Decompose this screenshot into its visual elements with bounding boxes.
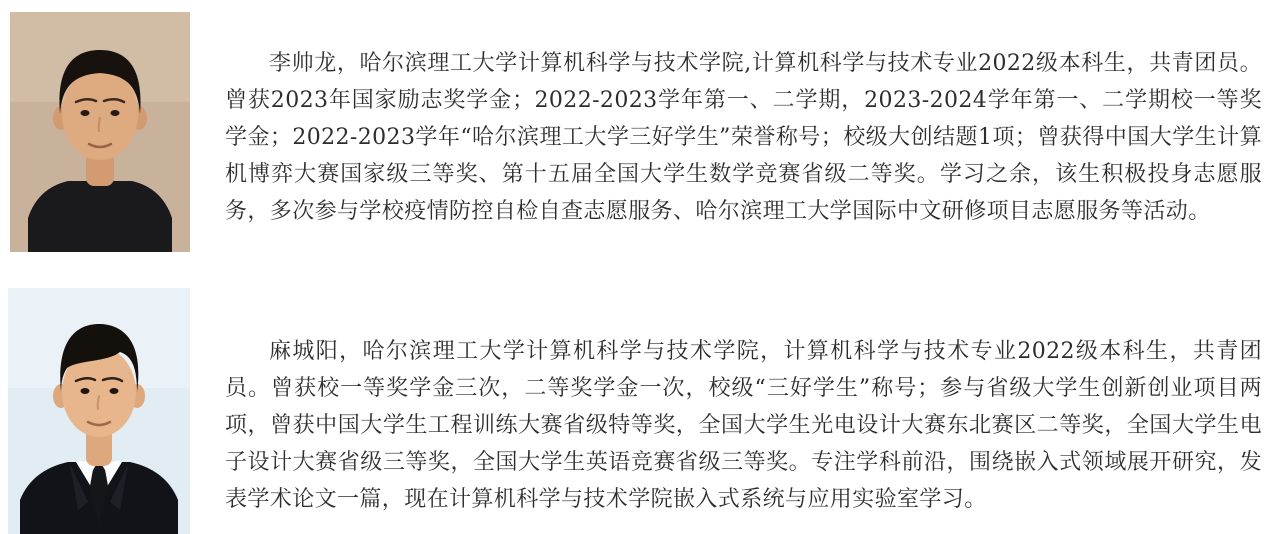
student-bio-2: 麻城阳，哈尔滨理工大学计算机科学与技术学院，计算机科学与技术专业2022级本科生… (225, 333, 1262, 518)
student-bio-1: 李帅龙，哈尔滨理工大学计算机科学与技术学院,计算机科学与技术专业2022级本科生… (225, 45, 1262, 230)
document-page: 李帅龙，哈尔滨理工大学计算机科学与技术学院,计算机科学与技术专业2022级本科生… (0, 0, 1268, 534)
portrait1-shirt (28, 181, 172, 252)
student-photo-1 (10, 12, 190, 252)
student-photo-2 (8, 288, 190, 534)
